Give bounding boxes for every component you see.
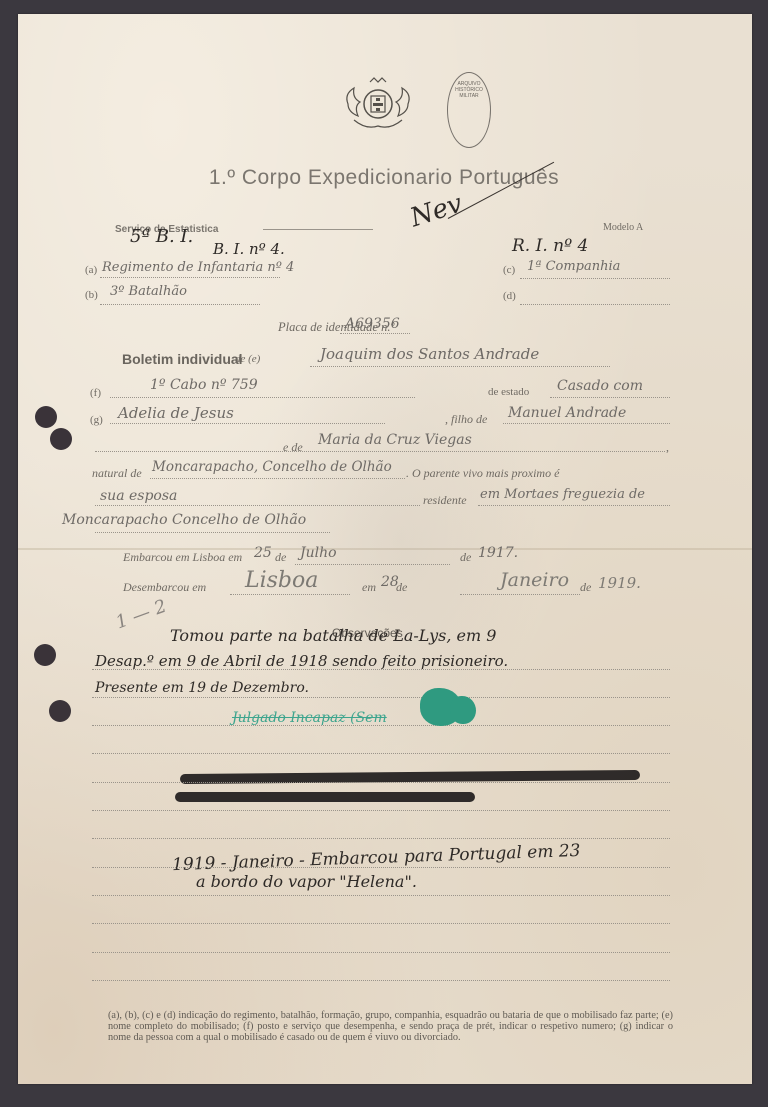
crossed-out-text: [175, 792, 475, 802]
document-title: 1.º Corpo Expedicionario Português: [0, 166, 768, 190]
identity-plate-value: A69356: [345, 316, 400, 332]
residente-value-2: Moncarapacho Concelho de Olhão: [62, 512, 306, 528]
annotation-5-bi: 5ª B. I.: [130, 226, 193, 247]
natural-value: Moncarapacho, Concelho de Olhão: [152, 459, 392, 475]
field-b-value: 3º Batalhão: [110, 284, 187, 299]
soldier-name: Joaquim dos Santos Andrade: [320, 345, 539, 363]
punch-hole: [49, 700, 71, 722]
obs-rule: [92, 895, 670, 896]
field-b-label: (b): [85, 289, 98, 301]
obs-rule: [92, 782, 670, 783]
estado-line: [550, 397, 670, 398]
obs-rule: [92, 810, 670, 811]
observation-line-9: a bordo do vapor "Helena".: [196, 872, 417, 891]
obs-rule: [92, 867, 670, 868]
desembarcou-place: Lisboa: [245, 568, 318, 593]
obs-rule: [92, 753, 670, 754]
punch-hole: [35, 406, 57, 428]
field-b-line: [100, 304, 260, 305]
embarcou-de-2: de: [460, 550, 471, 565]
annotation-ri-4: R. I. nº 4: [512, 236, 588, 256]
natural-line: [150, 478, 405, 479]
bulletin-de-label: de (e): [235, 353, 260, 365]
residente-line-2: [95, 532, 330, 533]
rank-value: 1º Cabo nº 759: [150, 377, 258, 393]
field-g-label: (g): [90, 414, 103, 426]
parente-label: . O parente vivo mais proximo é: [406, 466, 559, 481]
field-f-label: (f): [90, 387, 101, 399]
identity-plate-line: [340, 333, 410, 334]
spouse-value: Adelia de Jesus: [118, 404, 234, 422]
field-c-value: 1ª Companhia: [527, 259, 620, 274]
name-line: [310, 366, 610, 367]
obs-rule: [92, 952, 670, 953]
natural-label: natural de: [92, 466, 142, 481]
father-line: [503, 423, 670, 424]
observation-line-2: Desap.º em 9 de Abril de 1918 sendo feit…: [95, 652, 508, 670]
desembarcou-de-2: de: [580, 580, 591, 595]
desembarcou-year: 1919.: [598, 574, 641, 592]
footnote: (a), (b), (c) e (d) indicação do regimen…: [108, 1010, 673, 1043]
observation-line-1: Tomou parte na batalha de La-Lys, em 9: [170, 626, 496, 645]
desembarcou-month: Janeiro: [500, 569, 569, 591]
estado-label: de estado: [488, 386, 529, 398]
divider: [263, 229, 373, 230]
bulletin-label: Boletim individual: [122, 351, 243, 367]
estado-value: Casado com: [557, 378, 643, 394]
punch-hole: [50, 428, 72, 450]
field-c-label: (c): [503, 264, 515, 276]
embarcou-month: Julho: [300, 545, 337, 561]
e-de-label: e de: [283, 440, 303, 455]
desembarcou-em: em: [362, 580, 376, 595]
field-c-line: [520, 278, 670, 279]
embarcou-year: 1917.: [478, 545, 518, 561]
annotation-bi-4: B. I. nº 4.: [213, 240, 285, 258]
desembarcou-de-1: de: [396, 580, 407, 595]
father-value: Manuel Andrade: [508, 405, 626, 421]
residente-label: residente: [423, 493, 467, 508]
archive-stamp-text: ARQUIVO HISTÓRICO MILITAR: [452, 81, 486, 99]
embarcou-day: 25: [254, 545, 272, 561]
residente-line: [478, 505, 670, 506]
residente-value: em Mortaes freguezia de: [480, 487, 645, 502]
mother-comma: ,: [666, 440, 669, 455]
field-a-line: [100, 277, 280, 278]
mother-line: [95, 451, 665, 452]
obs-rule: [92, 980, 670, 981]
model-label: Modelo A: [603, 222, 643, 233]
obs-rule: [92, 697, 670, 698]
desembarcou-month-line: [460, 594, 580, 595]
obs-rule: [92, 838, 670, 839]
spouse-line: [110, 423, 385, 424]
archive-stamp: ARQUIVO HISTÓRICO MILITAR: [447, 72, 491, 148]
parente-line: [95, 505, 420, 506]
punch-hole: [34, 644, 56, 666]
desembarcou-label: Desembarcou em: [123, 580, 206, 595]
embarcou-de-1: de: [275, 550, 286, 565]
desembarcou-place-line: [230, 594, 350, 595]
filho-label: , filho de: [445, 412, 487, 427]
mother-value: Maria da Cruz Viegas: [318, 432, 472, 448]
coat-of-arms-icon: [340, 76, 416, 136]
watermark-crest: [250, 310, 550, 770]
field-a-value: Regimento de Infantaria nº 4: [102, 260, 294, 275]
observation-line-4: Julgado Incapaz (Sem: [232, 710, 387, 726]
observation-line-3: Presente em 19 de Dezembro.: [95, 680, 309, 696]
field-a-label: (a): [85, 264, 97, 276]
parente-value: sua esposa: [100, 488, 177, 504]
embarcou-label: Embarcou em Lisboa em: [123, 550, 242, 565]
obs-rule: [92, 923, 670, 924]
embarcou-month-line: [295, 564, 450, 565]
green-ink-stain: [450, 696, 476, 724]
field-d-line: [520, 304, 670, 305]
field-d-label: (d): [503, 290, 516, 302]
rank-line: [110, 397, 415, 398]
